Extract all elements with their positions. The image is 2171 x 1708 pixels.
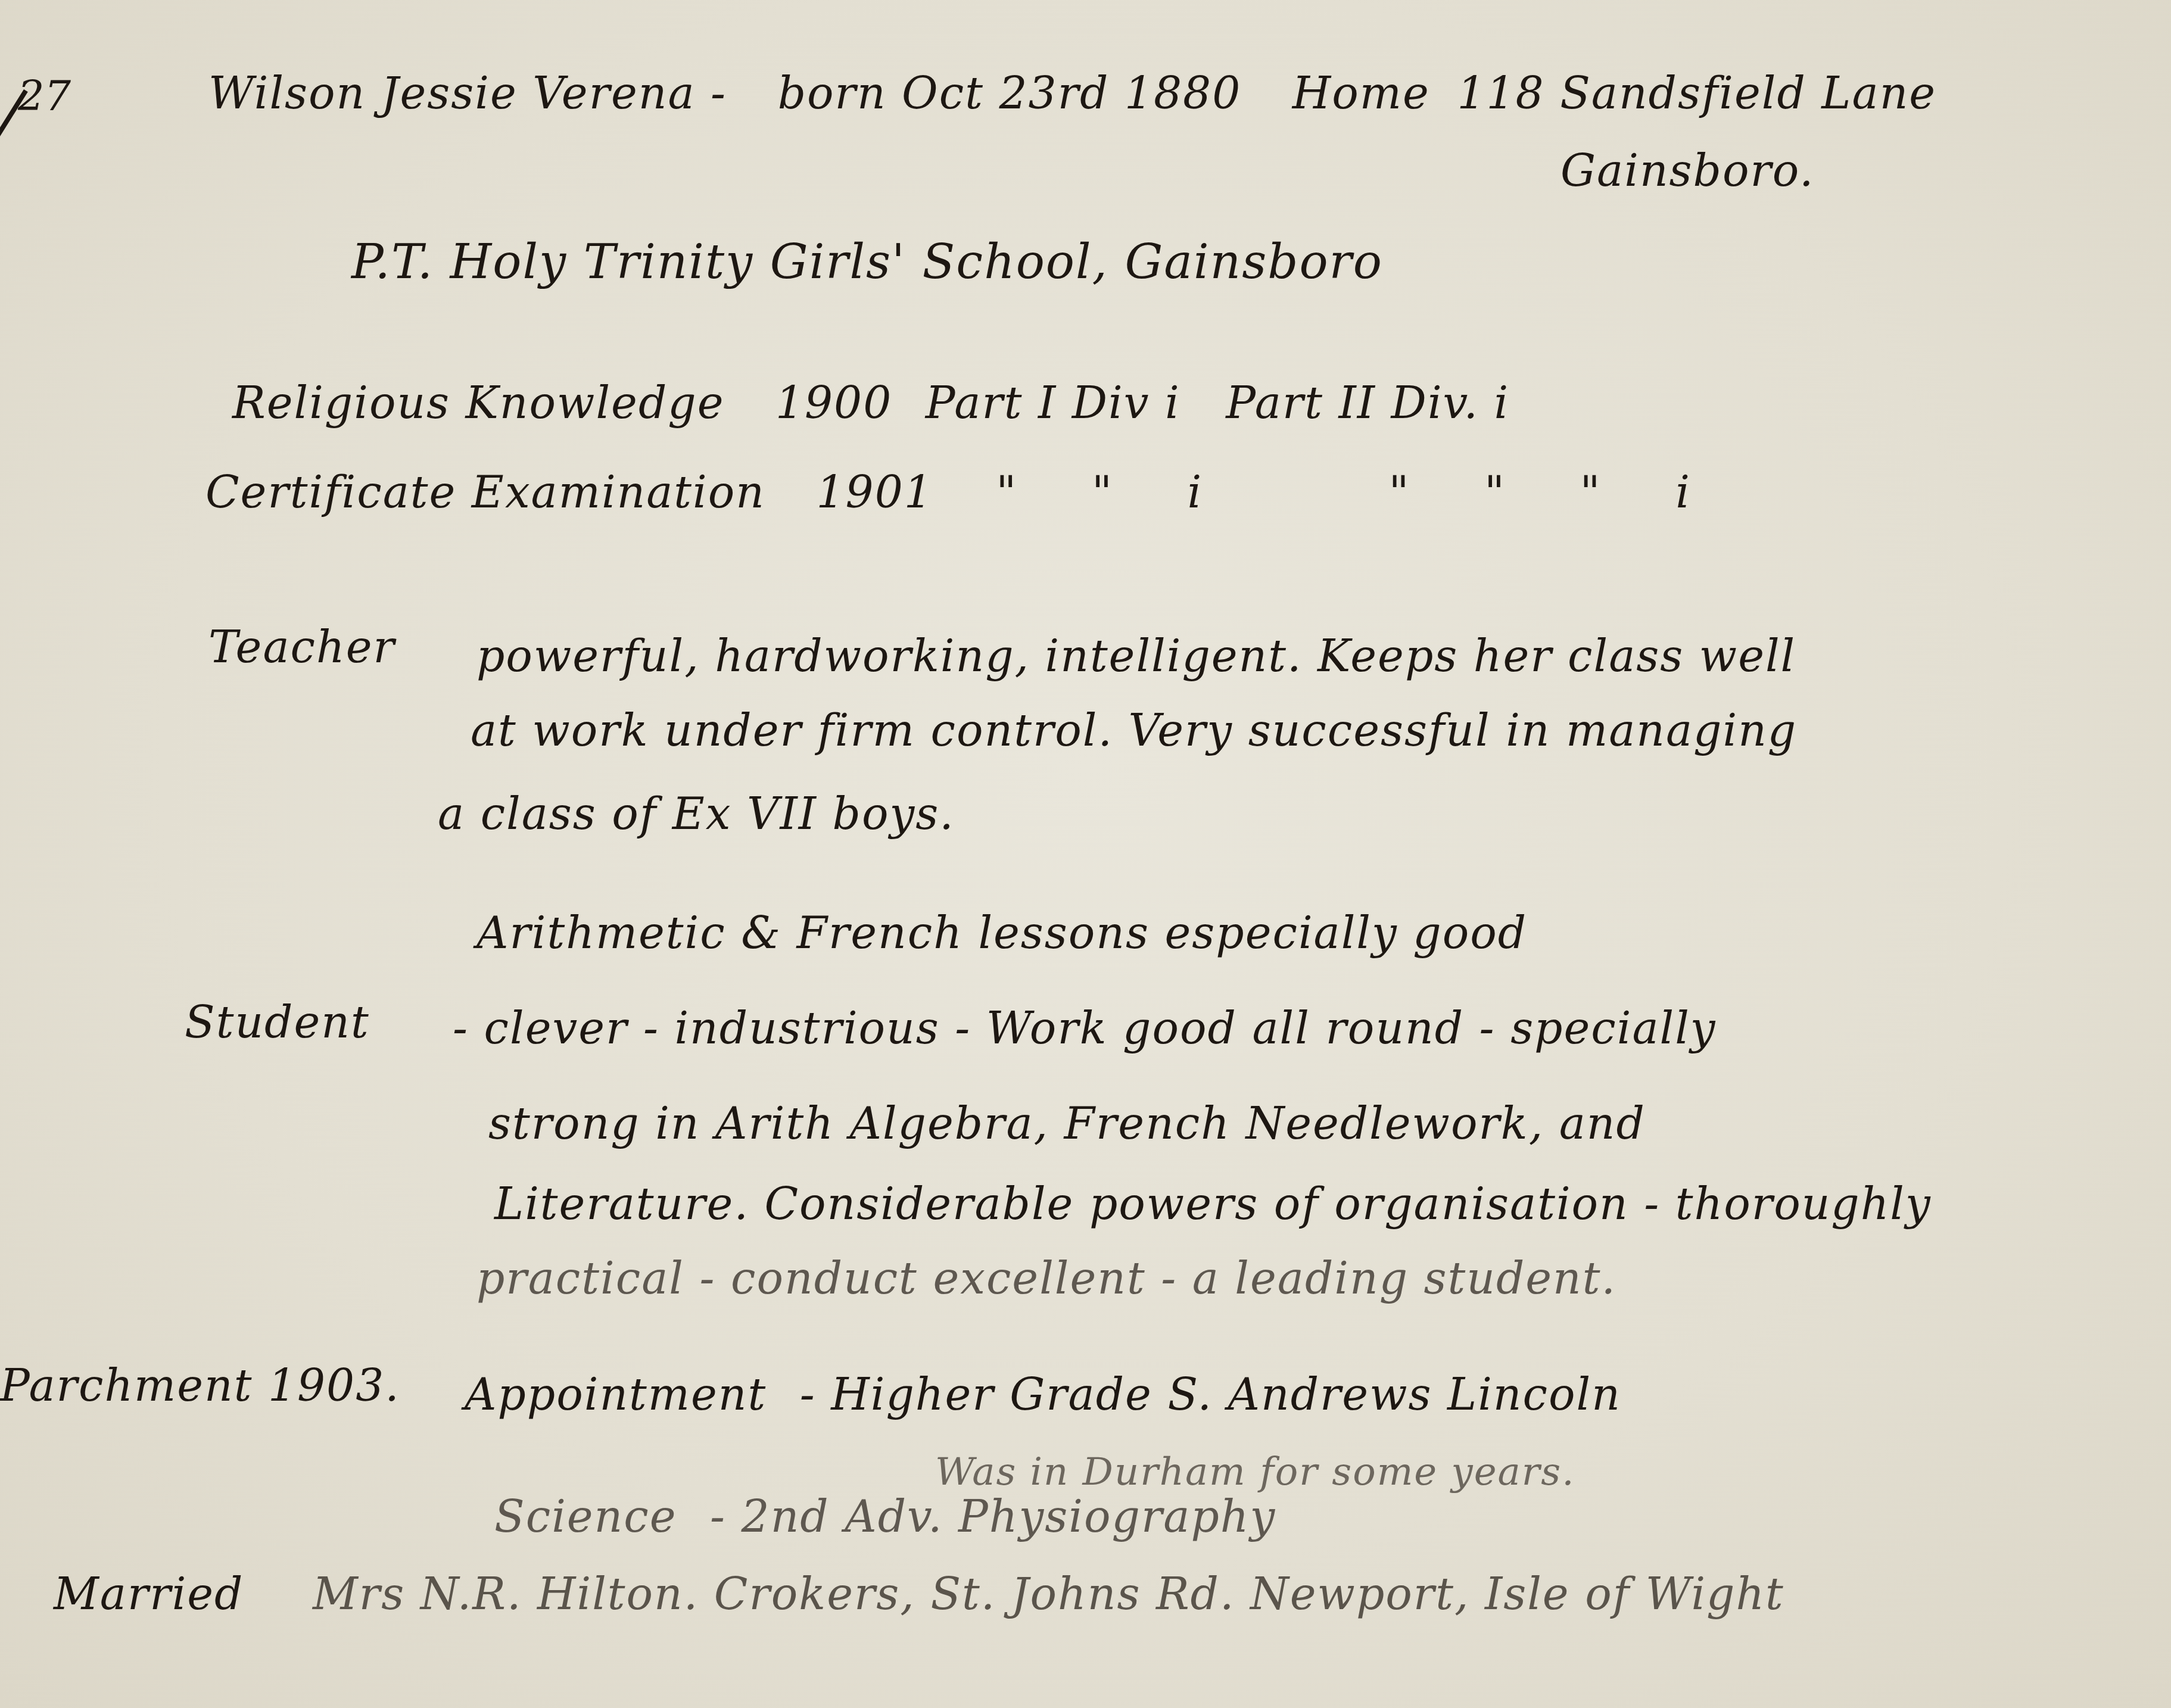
exam-result: Part I Div i Part II Div. i	[926, 381, 1509, 425]
exam-year: 1901	[817, 470, 933, 515]
entry-number: 27	[18, 71, 71, 120]
handwritten-record-page: 27 Wilson Jessie Verena - born Oct 23rd …	[0, 0, 2171, 1708]
teacher-remark-line: Arithmetic & French lessons especially g…	[476, 911, 1527, 955]
student-label: Student	[185, 1001, 370, 1045]
teacher-remark-line: powerful, hardworking, intelligent. Keep…	[476, 634, 1796, 678]
student-remark-line: Literature. Considerable powers of organ…	[494, 1182, 1932, 1226]
teacher-remark-line: a class of Ex VII boys.	[438, 792, 955, 836]
appointment-note: Was in Durham for some years.	[935, 1453, 1575, 1491]
appointment-line: Appointment - Higher Grade S. Andrews Li…	[465, 1373, 1657, 1417]
exam-label: Religious Knowledge	[232, 381, 724, 425]
exam-year: 1900	[775, 381, 892, 425]
science-label: Science	[494, 1495, 677, 1539]
exam-result: " " i " " " i	[996, 470, 1698, 515]
home-address-line2: Gainsboro.	[1560, 149, 1815, 193]
teacher-remark-line: at work under firm control. Very success…	[471, 709, 1797, 753]
married-value: Mrs N.R. Hilton. Crokers, St. Johns Rd. …	[313, 1572, 1784, 1616]
married-line: Married Mrs N.R. Hilton. Crokers, St. Jo…	[54, 1572, 1820, 1616]
exam-row-religious: Religious Knowledge 1900 Part I Div i Pa…	[232, 381, 1545, 425]
science-value: - 2nd Adv. Physiography	[710, 1495, 1276, 1539]
parchment-line: Parchment 1903.	[0, 1364, 400, 1408]
student-remark-line: strong in Arith Algebra, French Needlewo…	[488, 1102, 1646, 1146]
school-line: P.T. Holy Trinity Girls' School, Gainsbo…	[351, 238, 1383, 286]
exam-row-certificate: Certificate Examination 1901 " " i " " "…	[205, 470, 1734, 515]
student-remark-line: practical - conduct excellent - a leadin…	[476, 1257, 1616, 1301]
student-remark-line: - clever - industrious - Work good all r…	[453, 1006, 1717, 1051]
student-name: Wilson Jessie Verena -	[208, 71, 727, 116]
exam-label: Certificate Examination	[205, 470, 765, 515]
header-line: Wilson Jessie Verena - born Oct 23rd 188…	[208, 71, 1972, 116]
birth-date: born Oct 23rd 1880	[778, 71, 1242, 116]
appointment-value: - Higher Grade S. Andrews Lincoln	[800, 1373, 1621, 1417]
science-line: Science - 2nd Adv. Physiography	[494, 1495, 1312, 1539]
teacher-label: Teacher	[208, 625, 395, 669]
home-address-line1: 118 Sandsfield Lane	[1457, 71, 1936, 116]
married-label: Married	[54, 1572, 244, 1616]
appointment-label: Appointment	[465, 1373, 767, 1417]
home-label: Home	[1292, 71, 1430, 116]
